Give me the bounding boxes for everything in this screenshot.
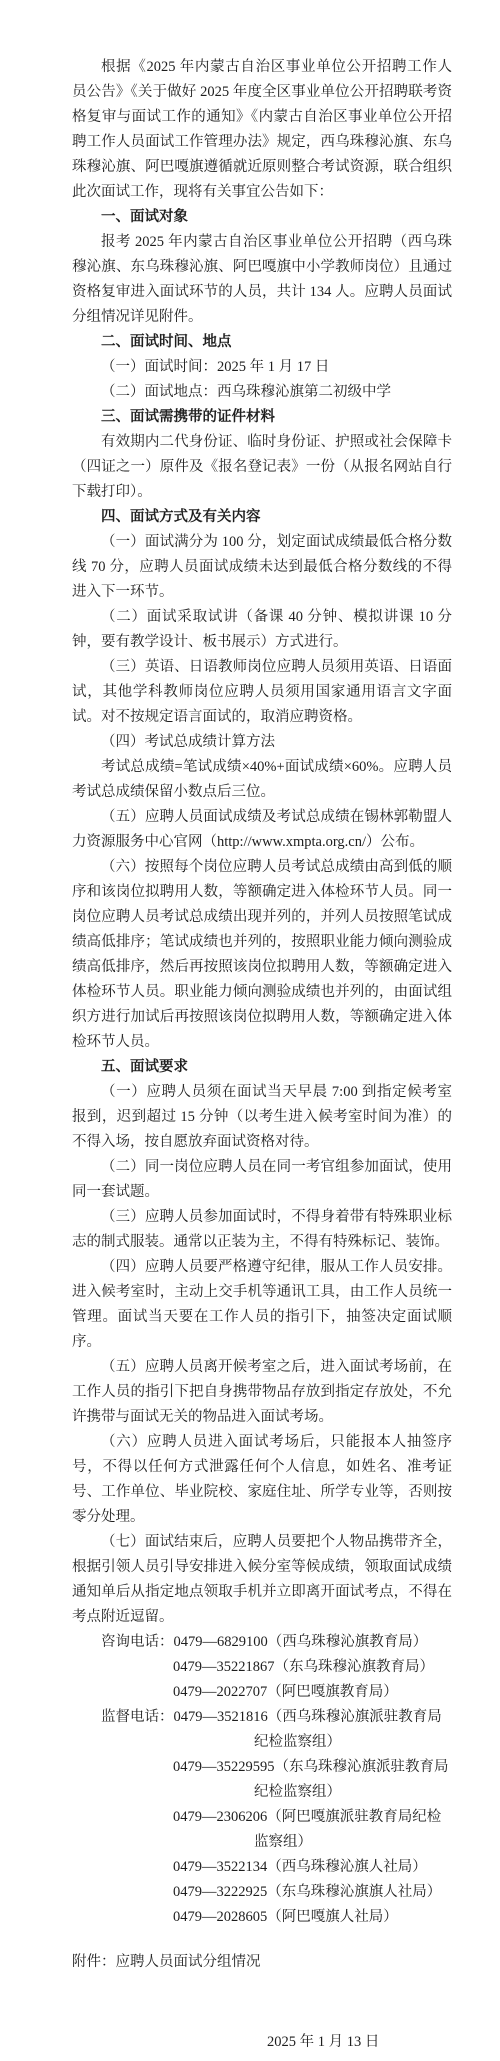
paragraph: （七）面试结束后，应聘人员要把个人物品携带齐全，根据引领人员引导安排进入候分室等… bbox=[72, 1530, 452, 1630]
phone-label: 咨询电话： bbox=[101, 1634, 174, 1650]
paragraph: 有效期内二代身份证、临时身份证、护照或社会保障卡（四证之一）原件及《报名登记表》… bbox=[72, 430, 452, 505]
phone-number-text: 0479—3521816（西乌珠穆沁旗派驻教育局 bbox=[174, 1709, 442, 1725]
phone-line: 0479—3222925（东乌珠穆沁旗旗人社局） bbox=[72, 1880, 452, 1905]
phone-line: 0479—2306206（阿巴嘎旗派驻教育局纪检 bbox=[72, 1805, 452, 1830]
attachment-line: 附件：应聘人员面试分组情况 bbox=[72, 1950, 452, 1975]
date-line: 2025 年 1 月 13 日 bbox=[72, 2030, 452, 2055]
phone-line: 监察组） bbox=[72, 1830, 452, 1855]
section-heading: 四、面试方式及有关内容 bbox=[72, 505, 452, 530]
section-heading: 五、面试要求 bbox=[72, 1055, 452, 1080]
phone-list: 咨询电话：0479—6829100（西乌珠穆沁旗教育局）0479—3522186… bbox=[72, 1630, 452, 1930]
notice-document: 根据《2025 年内蒙古自治区事业单位公开招聘工作人员公告》《关于做好 2025… bbox=[0, 0, 500, 2055]
phone-number-text: 0479—6829100（西乌珠穆沁旗教育局） bbox=[174, 1634, 428, 1650]
phone-line: 0479—35229595（东乌珠穆沁旗派驻教育局 bbox=[72, 1755, 452, 1780]
phone-line: 纪检监察组） bbox=[72, 1780, 452, 1805]
paragraph: （五）应聘人员面试成绩及考试总成绩在锡林郭勒盟人力资源服务中心官网（http:/… bbox=[72, 805, 452, 855]
phone-line: 0479—2028605（阿巴嘎旗人社局） bbox=[72, 1905, 452, 1930]
section-heading: 二、面试时间、地点 bbox=[72, 330, 452, 355]
phone-label: 监督电话： bbox=[101, 1709, 174, 1725]
paragraph: （三）应聘人员参加面试时，不得身着带有特殊职业标志的制式服装。通常以正装为主，不… bbox=[72, 1205, 452, 1255]
paragraph: （三）英语、日语教师岗位应聘人员须用英语、日语面试，其他学科教师岗位应聘人员须用… bbox=[72, 655, 452, 730]
paragraph: （二）同一岗位应聘人员在同一考官组参加面试，使用同一套试题。 bbox=[72, 1155, 452, 1205]
paragraph: （四）应聘人员要严格遵守纪律，服从工作人员安排。进入候考室时，主动上交手机等通讯… bbox=[72, 1255, 452, 1355]
phone-line: 咨询电话：0479—6829100（西乌珠穆沁旗教育局） bbox=[72, 1630, 452, 1655]
paragraph: 根据《2025 年内蒙古自治区事业单位公开招聘工作人员公告》《关于做好 2025… bbox=[72, 55, 452, 205]
paragraph: （二）面试地点：西乌珠穆沁旗第二初级中学 bbox=[72, 380, 452, 405]
paragraph: （六）按照每个岗位应聘人员考试总成绩由高到低的顺序和该岗位拟聘用人数，等额确定进… bbox=[72, 855, 452, 1055]
paragraph: （二）面试采取试讲（备课 40 分钟、模拟讲课 10 分钟，要有教学设计、板书展… bbox=[72, 605, 452, 655]
phone-line: 0479—2022707（阿巴嘎旗教育局） bbox=[72, 1680, 452, 1705]
phone-line: 纪检监察组） bbox=[72, 1730, 452, 1755]
section-heading: 一、面试对象 bbox=[72, 205, 452, 230]
phone-line: 0479—35221867（东乌珠穆沁旗教育局） bbox=[72, 1655, 452, 1680]
paragraph: （五）应聘人员离开候考室之后，进入面试考场前，在工作人员的指引下把自身携带物品存… bbox=[72, 1355, 452, 1430]
paragraph-list: 根据《2025 年内蒙古自治区事业单位公开招聘工作人员公告》《关于做好 2025… bbox=[72, 55, 452, 1630]
paragraph: （一）面试满分为 100 分，划定面试成绩最低合格分数线 70 分，应聘人员面试… bbox=[72, 530, 452, 605]
phone-line: 监督电话：0479—3521816（西乌珠穆沁旗派驻教育局 bbox=[72, 1705, 452, 1730]
section-heading: 三、面试需携带的证件材料 bbox=[72, 405, 452, 430]
paragraph: （四）考试总成绩计算方法 bbox=[72, 730, 452, 755]
paragraph: 考试总成绩=笔试成绩×40%+面试成绩×60%。应聘人员考试总成绩保留小数点后三… bbox=[72, 755, 452, 805]
paragraph: 报考 2025 年内蒙古自治区事业单位公开招聘（西乌珠穆沁旗、东乌珠穆沁旗、阿巴… bbox=[72, 230, 452, 330]
paragraph: （一）应聘人员须在面试当天早晨 7:00 到指定候考室报到，迟到超过 15 分钟… bbox=[72, 1080, 452, 1155]
paragraph: （六）应聘人员进入面试考场后，只能报本人抽签序号，不得以任何方式泄露任何个人信息… bbox=[72, 1430, 452, 1530]
phone-line: 0479—3522134（西乌珠穆沁旗人社局） bbox=[72, 1855, 452, 1880]
paragraph: （一）面试时间：2025 年 1 月 17 日 bbox=[72, 355, 452, 380]
